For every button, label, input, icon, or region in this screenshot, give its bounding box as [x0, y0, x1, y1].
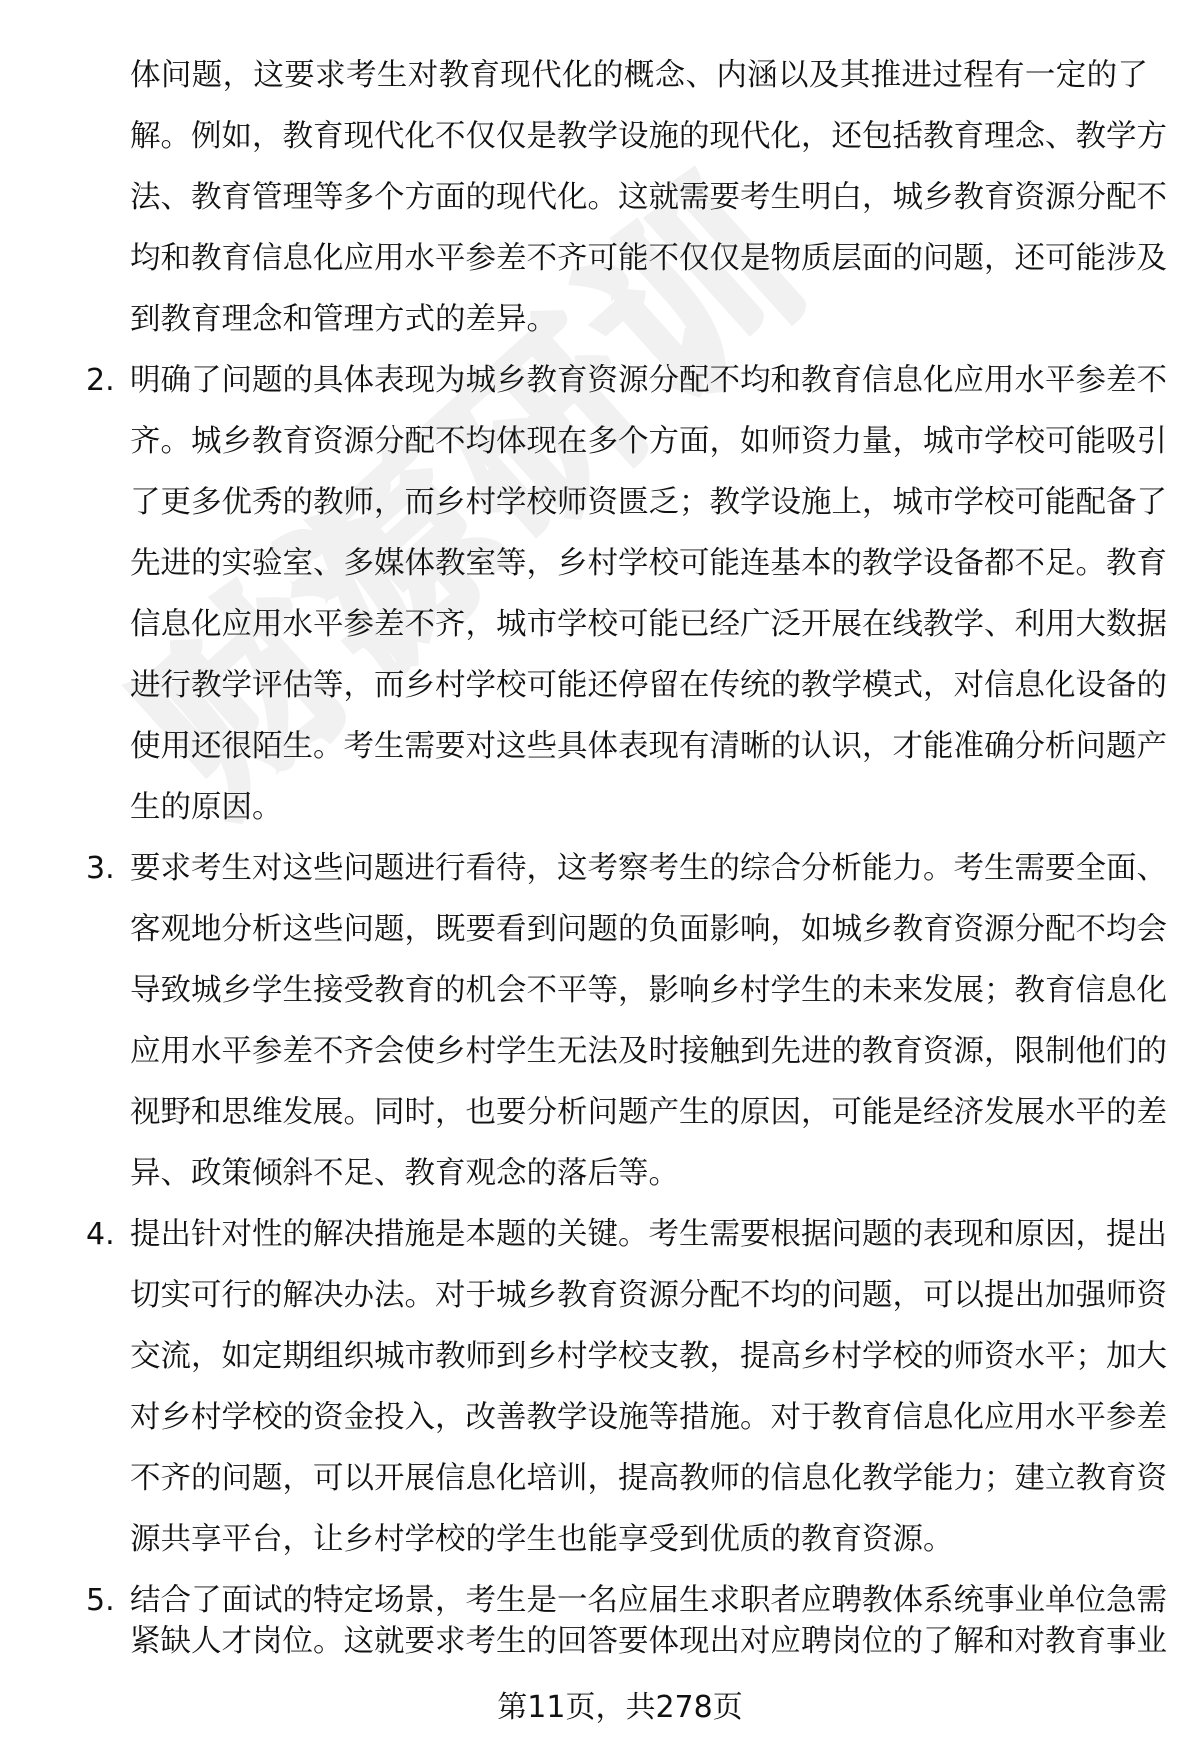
text-line: 结合了面试的特定场景，考生是一名应届生求职者应聘教体系统事业单位急需: [130, 1581, 1148, 1621]
text-line: 交流，如定期组织城市教师到乡村学校支教，提高乡村学校的师资水平；加大: [130, 1337, 1148, 1377]
text-line: 切实可行的解决办法。对于城乡教育资源分配不均的问题，可以提出加强师资: [130, 1276, 1148, 1316]
list-number: 4.: [86, 1215, 115, 1255]
list-number: 3.: [86, 849, 115, 889]
text-line: 先进的实验室、多媒体教室等，乡村学校可能连基本的教学设备都不足。教育: [130, 544, 1148, 584]
text-line: 异、政策倾斜不足、教育观念的落后等。: [130, 1154, 1148, 1194]
list-number: 2.: [86, 361, 115, 401]
text-line: 客观地分析这些问题，既要看到问题的负面影响，如城乡教育资源分配不均会: [130, 910, 1148, 950]
text-line: 了更多优秀的教师，而乡村学校师资匮乏；教学设施上，城市学校可能配备了: [130, 483, 1148, 523]
text-line: 均和教育信息化应用水平参差不齐可能不仅仅是物质层面的问题，还可能涉及: [130, 239, 1148, 279]
text-line: 信息化应用水平参差不齐，城市学校可能已经广泛开展在线教学、利用大数据: [130, 605, 1148, 645]
text-line: 紧缺人才岗位。这就要求考生的回答要体现出对应聘岗位的了解和对教育事业: [130, 1622, 1148, 1662]
text-line: 体问题，这要求考生对教育现代化的概念、内涵以及其推进过程有一定的了: [130, 56, 1148, 96]
text-line: 到教育理念和管理方式的差异。: [130, 300, 1148, 340]
text-line: 生的原因。: [130, 788, 1148, 828]
list-number: 5.: [86, 1581, 115, 1621]
text-line: 对乡村学校的资金投入，改善教学设施等措施。对于教育信息化应用水平参差: [130, 1398, 1148, 1438]
text-line: 应用水平参差不齐会使乡村学生无法及时接触到先进的教育资源，限制他们的: [130, 1032, 1148, 1072]
text-line: 提出针对性的解决措施是本题的关键。考生需要根据问题的表现和原因，提出: [130, 1215, 1148, 1255]
text-line: 解。例如，教育现代化不仅仅是教学设施的现代化，还包括教育理念、教学方: [130, 117, 1148, 157]
text-line: 不齐的问题，可以开展信息化培训，提高教师的信息化教学能力；建立教育资: [130, 1459, 1148, 1499]
page-footer: 第11页，共278页: [0, 1688, 1200, 1728]
text-line: 使用还很陌生。考生需要对这些具体表现有清晰的认识，才能准确分析问题产: [130, 727, 1148, 767]
text-line: 齐。城乡教育资源分配不均体现在多个方面，如师资力量，城市学校可能吸引: [130, 422, 1148, 462]
text-line: 要求考生对这些问题进行看待，这考察考生的综合分析能力。考生需要全面、: [130, 849, 1148, 889]
document-page: 财源研训 体问题，这要求考生对教育现代化的概念、内涵以及其推进过程有一定的了 解…: [0, 0, 1200, 1755]
text-line: 源共享平台，让乡村学校的学生也能享受到优质的教育资源。: [130, 1520, 1148, 1560]
text-line: 法、教育管理等多个方面的现代化。这就需要考生明白，城乡教育资源分配不: [130, 178, 1148, 218]
text-line: 明确了问题的具体表现为城乡教育资源分配不均和教育信息化应用水平参差不: [130, 361, 1148, 401]
text-line: 视野和思维发展。同时，也要分析问题产生的原因，可能是经济发展水平的差: [130, 1093, 1148, 1133]
text-line: 进行教学评估等，而乡村学校可能还停留在传统的教学模式，对信息化设备的: [130, 666, 1148, 706]
text-line: 导致城乡学生接受教育的机会不平等，影响乡村学生的未来发展；教育信息化: [130, 971, 1148, 1011]
